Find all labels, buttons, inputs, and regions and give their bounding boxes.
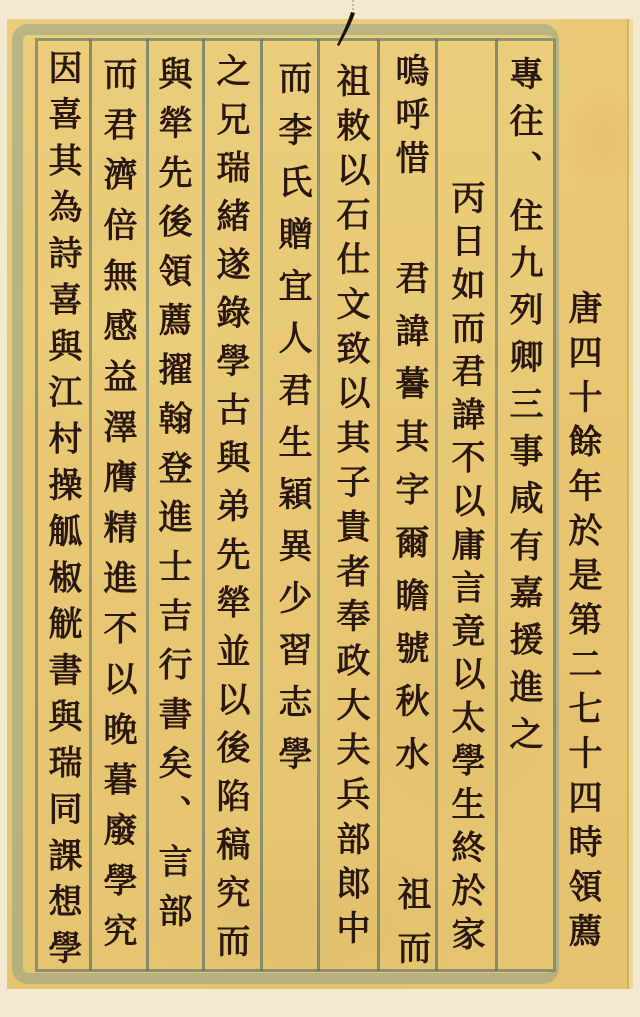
text-column: 與犖先後領薦擢翰登進士吉行書矣、言部	[150, 56, 194, 927]
column-ruling-line	[435, 39, 438, 971]
text-column: 之兄瑞緒遂錄學古與弟先犖並以後陷稿究而	[208, 53, 252, 957]
text-column: 而君濟倍無感益澤膺精進不以晚暮廢學究	[95, 56, 139, 947]
text-column: 而李氏贈宜人君生穎異少習志學	[270, 60, 314, 770]
column-ruling-line	[317, 39, 320, 971]
column-ruling-line	[202, 39, 205, 971]
text-column: 丙日如而君諱不以庸言竟以太學生終於家	[443, 180, 487, 950]
column-ruling-line	[495, 39, 498, 971]
text-column-outside-frame: 唐四十餘年於是第二七十四時領薦	[560, 290, 604, 947]
paper-edge-strip	[629, 19, 633, 989]
text-column-segment: 君諱謩其字爾瞻號秋水	[387, 260, 431, 770]
column-ruling-line	[377, 39, 380, 971]
text-column: 因喜其為詩喜與江村操觚椒觥書與瑞同課想學	[40, 50, 84, 964]
text-column-segment: 祖而	[389, 876, 433, 964]
column-ruling-line	[89, 39, 92, 971]
text-column: 專往、住九列卿三事咸有嘉援進之	[501, 56, 545, 750]
text-column-segment: 嗚呼惜	[387, 53, 431, 174]
text-column: 祖敕以石仕文致以其子貴者奉政大夫兵部郎中	[328, 63, 372, 944]
column-ruling-line	[146, 39, 149, 971]
column-ruling-line	[260, 39, 263, 971]
